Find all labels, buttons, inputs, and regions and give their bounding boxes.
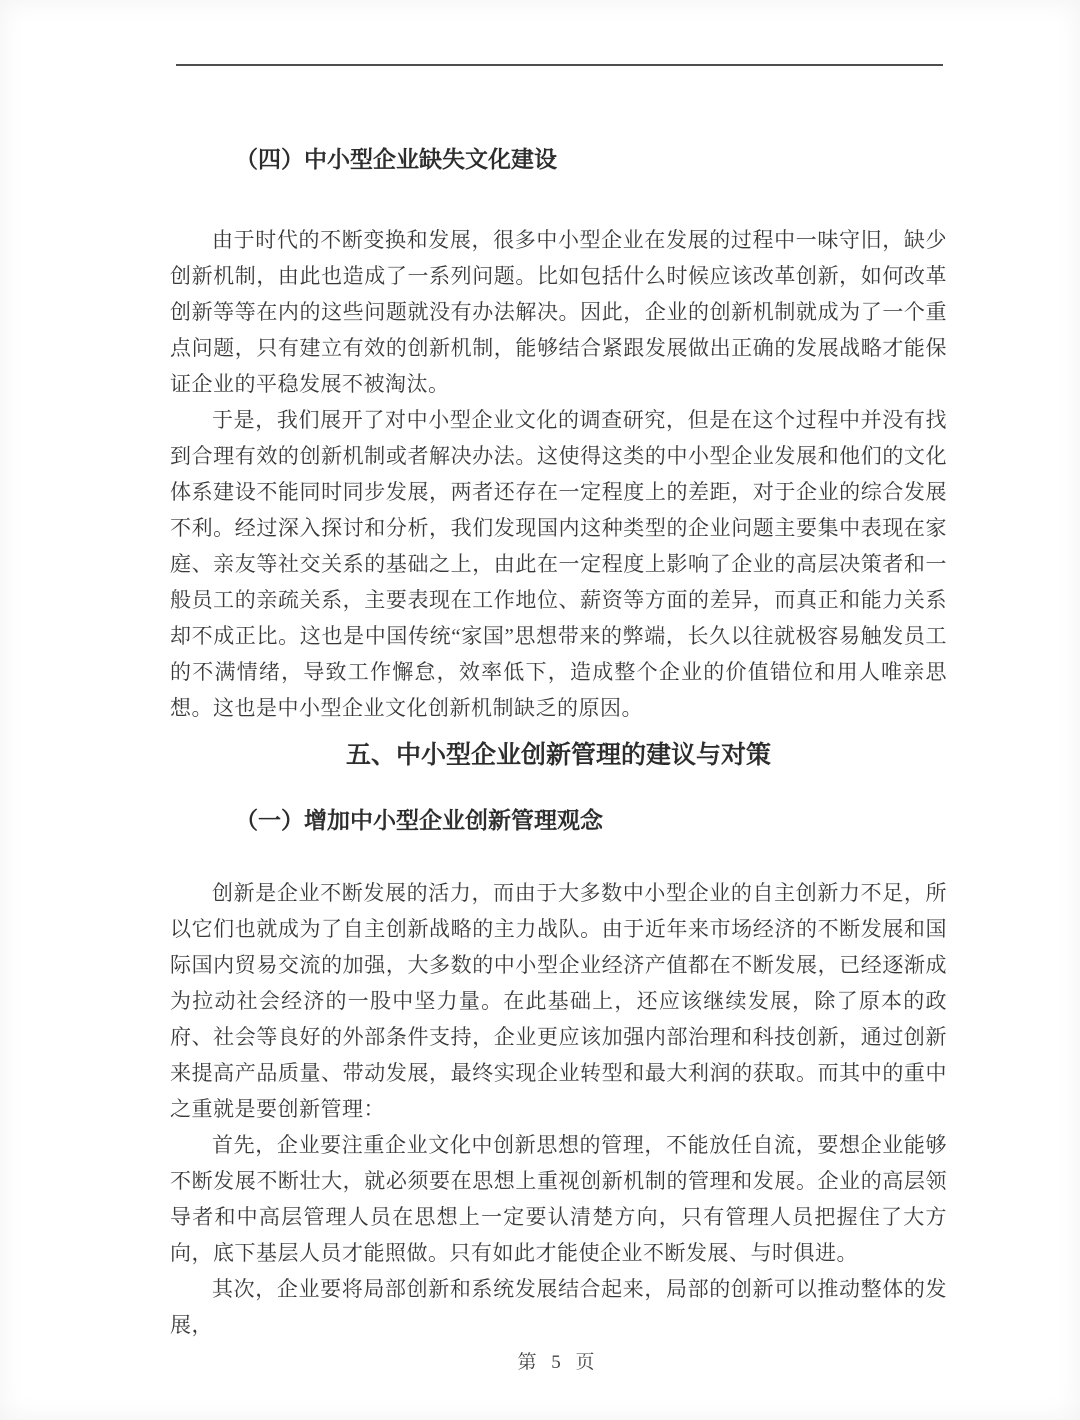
chapter-heading-five: 五、中小型企业创新管理的建议与对策 [170, 735, 947, 775]
document-page: （四）中小型企业缺失文化建设 由于时代的不断变换和发展，很多中小型企业在发展的过… [0, 0, 1080, 1420]
section-heading-four: （四）中小型企业缺失文化建设 [170, 142, 947, 176]
paragraph-survey-findings: 于是，我们展开了对中小型企业文化的调查研究，但是在这个过程中并没有找到合理有效的… [170, 402, 947, 726]
page-number: 第 5 页 [170, 1347, 947, 1374]
document-content: （四）中小型企业缺失文化建设 由于时代的不断变换和发展，很多中小型企业在发展的过… [170, 0, 947, 1343]
paragraph-first-point: 首先，企业要注重企业文化中创新思想的管理，不能放任自流，要想企业能够不断发展不断… [170, 1127, 947, 1271]
paragraph-second-point: 其次，企业要将局部创新和系统发展结合起来，局部的创新可以推动整体的发展， [170, 1271, 947, 1343]
paragraph-innovation-vitality: 创新是企业不断发展的活力，而由于大多数中小型企业的自主创新力不足，所以它们也就成… [170, 875, 947, 1127]
paragraph-culture-problem: 由于时代的不断变换和发展，很多中小型企业在发展的过程中一味守旧，缺少创新机制，由… [170, 222, 947, 402]
section-heading-one: （一）增加中小型企业创新管理观念 [170, 803, 947, 837]
